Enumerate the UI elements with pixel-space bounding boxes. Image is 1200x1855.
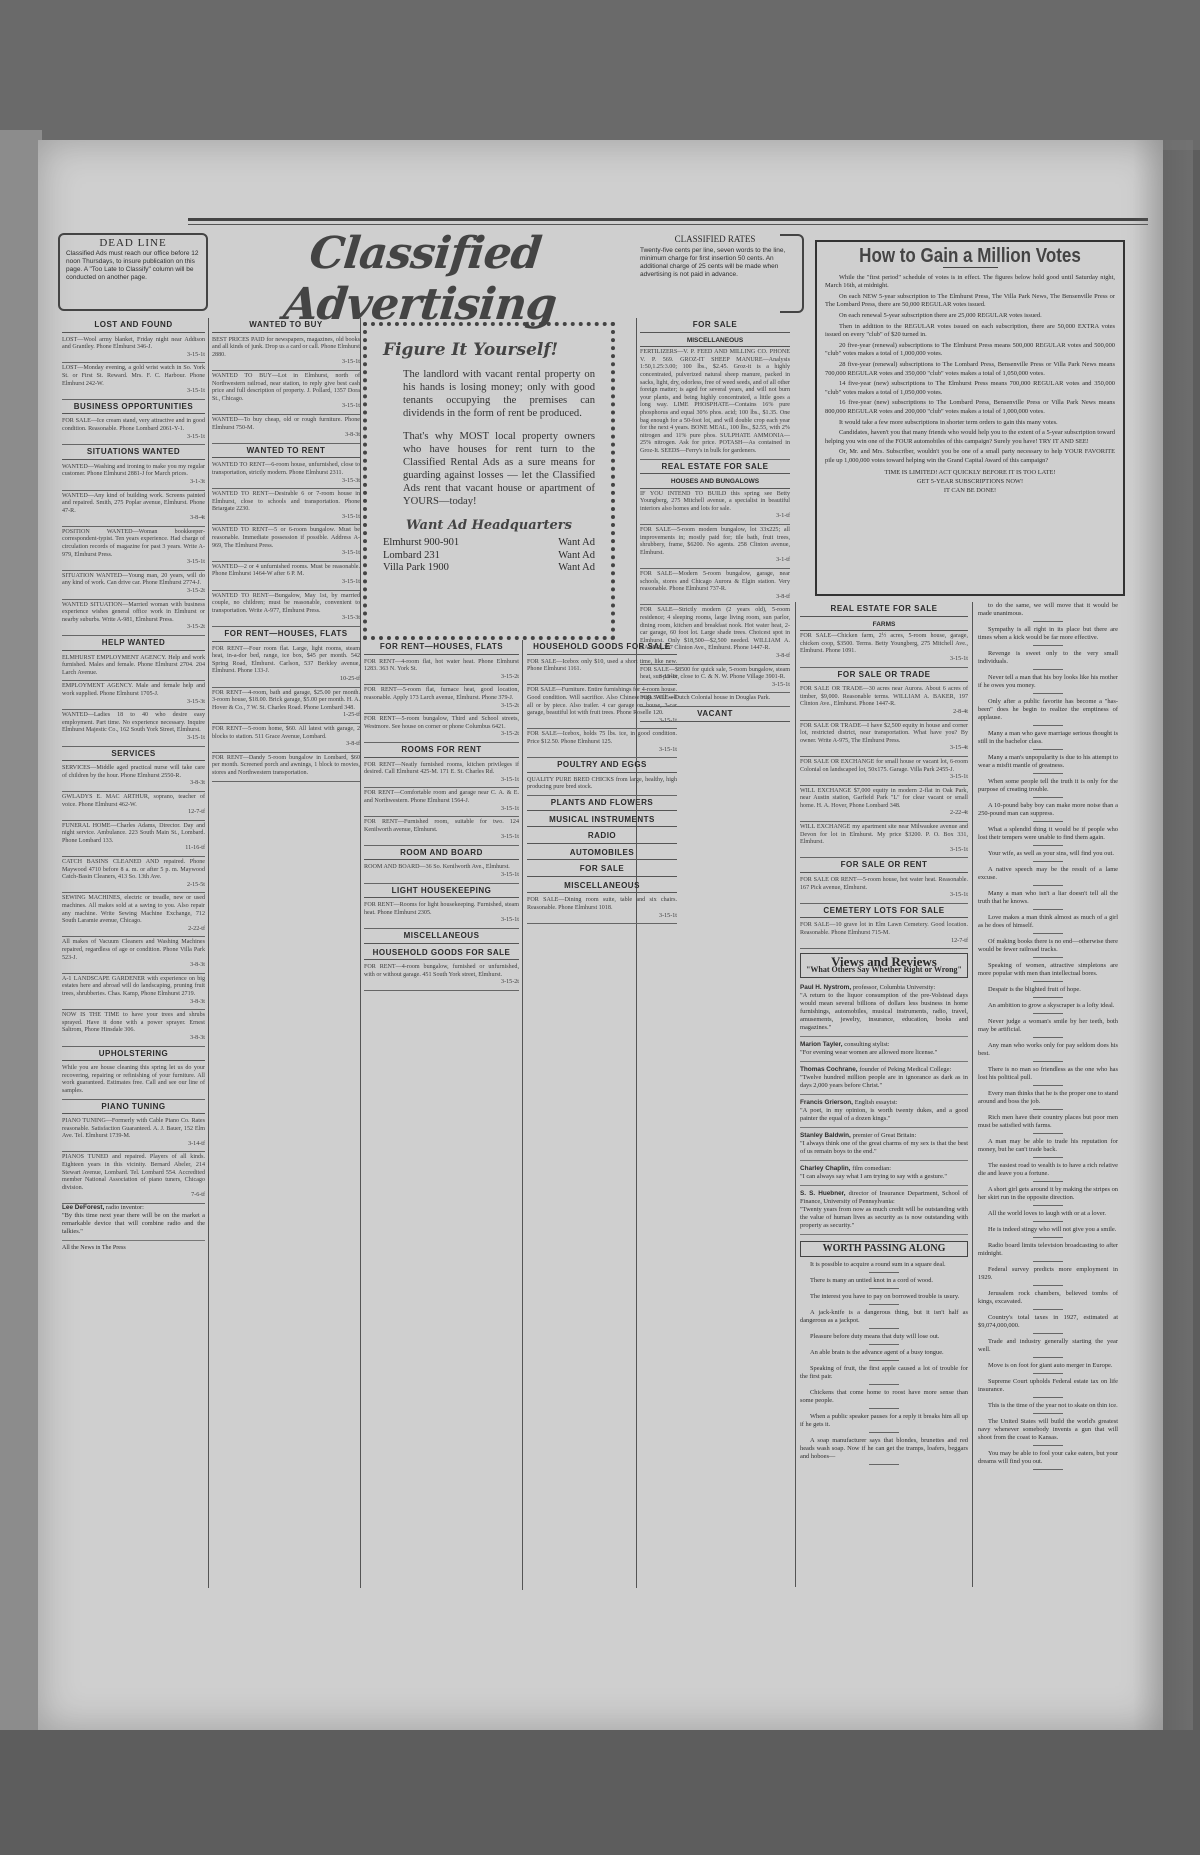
ad-text: FOR SALE—Dutch Colonial house in Douglas… [640,695,770,701]
ad-date-code: 3-8-tf [212,741,360,749]
quote-name: Thomas Cochrane, [800,1066,859,1073]
section-subheading: HOUSES AND BUNGALOWS [640,476,790,489]
classified-ad: FOR RENT—4-room, bath and garage, $25.00… [212,688,360,724]
quote: Paul H. Nystrom, professor, Columbia Uni… [800,984,968,1037]
votes-paragraph: 14 five-year (new) subscriptions to The … [825,380,1115,397]
classified-rates: CLASSIFIED RATES Twenty-five cents per l… [640,235,790,279]
classified-ad: FOR SALE OR TRADE—30 acres near Aurora. … [800,684,968,720]
ad-date-code: 3-15-4t [800,745,968,753]
quote-attribution: Marion Tayler, consulting stylist: [800,1041,968,1049]
quote-attribution: S. S. Huebner, director of Insurance Dep… [800,1190,968,1206]
saying-item: Many a man who isn't a liar doesn't tell… [978,890,1118,910]
deadline-title: DEAD LINE [66,239,200,247]
classified-ad: SERVICES—Middle aged practical nurse wil… [62,763,205,792]
classified-ad: FOR SALE—Strictly modern (2 years old), … [640,605,790,664]
ad-date-code: 3-15-1t [62,735,205,743]
votes-paragraph: Then in addition to the REGULAR votes is… [825,323,1115,340]
ad-text: FOR SALE OR TRADE—30 acres near Aurora. … [800,686,968,707]
votes-paragraph: Or, Mr. and Mrs. Subscriber, wouldn't yo… [825,448,1115,465]
ad-text: POSITION WANTED—Woman bookkeeper-corresp… [62,529,205,558]
saying-item: This is the time of the year not to skat… [978,1402,1118,1414]
footer-slogan: All the News in The Press [62,1245,205,1253]
column-rule [972,602,973,1587]
ad-date-code: 3-15-1t [62,559,205,567]
ad-text: FOR SALE OR TRADE—I have $2,500 equity i… [800,723,968,744]
saying-item: He is indeed stingy who will not give yo… [978,1226,1118,1238]
saying-item: When a public speaker pauses for a reply… [800,1413,968,1433]
ad-date-code: 10-25-tf [212,676,360,684]
rates-title: CLASSIFIED RATES [640,235,790,243]
views-and-reviews-header: Views and Reviews"What Others Say Whethe… [800,953,968,978]
views-subtitle: "What Others Say Whether Right or Wrong" [805,966,963,974]
votes-paragraph: Candidates, haven't you that many friend… [825,429,1115,446]
quote-name: Francis Grierson, [800,1099,855,1106]
saying-item: Despair is the blighted fruit of hope. [978,986,1118,998]
ad-text: FOR SALE—Icebox, holds 75 lbs. ice, in g… [527,731,677,745]
classified-ad: FOR SALE—$8500 for quick sale, 5-room bu… [640,665,790,694]
want-ad-phone-list: Elmhurst 900-901Want AdLombard 231Want A… [383,537,595,575]
ad-text: FOR RENT—5-room bungalow, Third and Scho… [364,716,519,730]
votes-paragraph: While the "first period" schedule of vot… [825,274,1115,291]
phone-place: Villa Park 1900 [383,562,449,575]
figure-it-yourself-ad: Figure It Yourself! The landlord with va… [363,322,615,640]
classified-ad: FOR SALE—10 grave lot in Elm Lawn Cemete… [800,920,968,949]
ad-date-code: 3-15-1t [364,834,519,842]
classified-ad: PIANO TUNING—Formerly with Cable Piano C… [62,1116,205,1152]
ad-text: FOR SALE—10 grave lot in Elm Lawn Cemete… [800,922,968,936]
ad-date-code: 3-15-1t [527,747,677,755]
votes-paragraph: On each NEW 5-year subscription to The E… [825,293,1115,310]
classified-ad: ROOM AND BOARD—36 So. Kenilworth Ave., E… [364,862,519,883]
votes-paragraph: 28 five-year (renewal) subscriptions to … [825,361,1115,378]
column-rule [360,318,361,1588]
figure-ad-paragraph-2: That's why MOST local property owners wh… [403,430,595,508]
ad-text: QUALITY PURE BRED CHICKS from large, hea… [527,777,677,791]
ad-text: WANTED—Washing and ironing to make you m… [62,464,205,478]
saying-item: Speaking of fruit, the first apple cause… [800,1365,968,1385]
quote-role: film comedian: [852,1165,891,1172]
quote: Lee DeForest, radio inventor:"By this ti… [62,1204,205,1241]
ad-date-code: 3-1-tf [640,513,790,521]
ad-text: SERVICES—Middle aged practical nurse wil… [62,765,205,779]
section-subheading: MISCELLANEOUS [640,335,790,348]
ad-text: FOR SALE—$8500 for quick sale, 5-room bu… [640,667,790,681]
saying-item: All the world loves to laugh with or at … [978,1210,1118,1222]
quote-name: Lee DeForest, [62,1204,106,1211]
classified-ad: FOR RENT—4-room flat, hot water heat. Ph… [364,657,519,686]
saying-item: Every man thinks that he is the proper o… [978,1090,1118,1110]
quote-role: consulting stylist: [844,1041,889,1048]
deadline-text: Classified Ads must reach our office bef… [66,250,200,282]
quote: Charley Chaplin, film comedian:"I can al… [800,1165,968,1186]
ad-date-code: 3-15-1t [212,359,360,367]
saying-item: Never judge a woman's smile by her teeth… [978,1018,1118,1038]
saying-item: An ambition to grow a skyscraper is a lo… [978,1002,1118,1014]
ad-text: EMPLOYMENT AGENCY. Male and female help … [62,683,205,697]
ad-date-code: 3-15-1t [800,847,968,855]
classified-ad: WANTED—Washing and ironing to make you m… [62,462,205,491]
section-heading: BUSINESS OPPORTUNITIES [62,400,205,415]
ad-text: WANTED—Ladies 18 to 40 who desire easy e… [62,712,205,733]
saying-item: It is possible to acquire a round sum in… [800,1261,968,1273]
ad-text: FOR RENT—Rooms for light housekeeping. F… [364,902,519,916]
classified-ad: WILL EXCHANGE $7,000 equity in modern 2-… [800,786,968,822]
ad-text: PIANO TUNING—Formerly with Cable Piano C… [62,1118,205,1139]
quote-attribution: Thomas Cochrane, founder of Peking Medic… [800,1066,968,1074]
section-heading: VACANT [640,707,790,722]
section-heading: FOR RENT—HOUSES, FLATS [364,640,519,655]
classified-ad: WANTED TO RENT—5 or 6-room bungalow. Mus… [212,525,360,561]
ad-date-code: 3-8-3t [62,999,205,1007]
ad-text: ELMHURST EMPLOYMENT AGENCY. Help and wor… [62,655,205,676]
saying-item: A soap manufacturer says that blondes, b… [800,1437,968,1465]
ad-text: WANTED TO RENT—5 or 6-room bungalow. Mus… [212,527,360,548]
section-heading: REAL ESTATE FOR SALE [640,460,790,475]
column-rule [208,318,209,1588]
saying-item: Move is on foot for giant auto merger in… [978,1362,1118,1374]
ad-date-code: 11-16-tf [62,845,205,853]
section-heading: PIANO TUNING [62,1100,205,1115]
quote: Marion Tayler, consulting stylist:"For e… [800,1041,968,1062]
saying-item: A native speech may be the result of a l… [978,866,1118,886]
ad-date-code: 3-15-1t [364,917,519,925]
figure-ad-subtitle: Want Ad Headquarters [383,518,595,533]
classified-ad: FOR SALE OR TRADE—I have $2,500 equity i… [800,721,968,757]
ad-text: FOR RENT—Furnished room, suitable for tw… [364,819,519,833]
classified-ad: FOR SALE—Dutch Colonial house in Douglas… [640,693,790,707]
ad-text: WANTED TO RENT—6-room house, unfurnished… [212,462,360,476]
quote: S. S. Huebner, director of Insurance Dep… [800,1190,968,1235]
classified-ad: WANTED TO RENT—Desirable 6 or 7-room hou… [212,489,360,525]
ad-date-code: 3-8-3t [62,780,205,788]
classified-ad: LOST—Monday evening, a gold wrist watch … [62,363,205,399]
column-real-estate-views: REAL ESTATE FOR SALEFARMSFOR SALE—Chicke… [800,602,968,1469]
classified-ad: GWLADYS E. MAC ARTHUR, soprano, teacher … [62,792,205,821]
classified-ad: NOW IS THE TIME to have your trees and s… [62,1010,205,1046]
classified-ad: WILL EXCHANGE my apartment site near Mil… [800,822,968,858]
section-heading: ROOMS FOR RENT [364,743,519,758]
quote-name: S. S. Huebner, [800,1190,849,1197]
ad-date-code: 3-15-3t [212,478,360,486]
ad-date-code: 3-15-2t [364,703,519,711]
saying-item: A man may be able to trade his reputatio… [978,1138,1118,1158]
section-heading: HOUSEHOLD GOODS FOR SALE [364,946,519,961]
saying-item: Chickens that come home to roost have mo… [800,1389,968,1409]
saying-item: The easiest road to wealth is to have a … [978,1162,1118,1182]
section-subheading: FARMS [800,619,968,632]
section-heading: FOR SALE [640,318,790,333]
votes-paragraph: 16 five-year (new) subscriptions to The … [825,399,1115,416]
figure-ad-paragraph-1: The landlord with vacant rental property… [403,368,595,420]
ad-date-code: 2-22-tf [62,926,205,934]
phone-label: Want Ad [558,562,595,575]
section-heading: FOR SALE [527,862,677,877]
classified-ad: FOR RENT—5-room bungalow, Third and Scho… [364,714,519,743]
ad-text: FOR RENT—Neatly furnished rooms, kitchen… [364,762,519,776]
quote: Francis Grierson, English essayist:"A po… [800,1099,968,1128]
classified-ad: WANTED—Ladies 18 to 40 who desire easy e… [62,710,205,746]
ad-text: ROOM AND BOARD—36 So. Kenilworth Ave., E… [364,864,510,870]
quote-text: "By this time next year there will be on… [62,1212,205,1236]
votes-body: While the "first period" schedule of vot… [825,274,1115,466]
ad-date-code: 3-8-4t [62,515,205,523]
classified-ad: WANTED—To buy cheap, old or rough furnit… [212,415,360,444]
ad-date-code: 12-7-tf [800,938,968,946]
votes-paragraph: It would take a few more subscriptions i… [825,419,1115,428]
ad-text: BEST PRICES PAID for newspapers, magazin… [212,337,360,358]
classified-ad: POSITION WANTED—Woman bookkeeper-corresp… [62,527,205,571]
want-ad-phone-row: Elmhurst 900-901Want Ad [383,537,595,550]
deadline-box: DEAD LINE Classified Ads must reach our … [58,233,208,311]
ad-date-code: 3-15-1t [800,656,968,664]
ad-text: FERTILIZERS—V. P. FEED AND MILLING CO. P… [640,349,790,454]
ad-date-code: 3-15-1t [364,872,519,880]
classified-ad: FOR RENT—Furnished room, suitable for tw… [364,817,519,846]
saying-item: Country's total taxes in 1927, estimated… [978,1314,1118,1334]
saying-item: The United States will build the world's… [978,1418,1118,1446]
worth-passing-along-title: WORTH PASSING ALONG [800,1241,968,1257]
ad-date-code: 1-25-tf [212,712,360,720]
section-heading: MISCELLANEOUS [527,879,677,894]
ad-text: FOR RENT—5-room flat, furnace heat, good… [364,687,519,701]
quote-role: radio inventor: [106,1204,144,1211]
ad-date-code: 3-15-1t [364,806,519,814]
ad-text: FOR SALE—Ice cream stand, very attractiv… [62,418,205,432]
ad-text: FOR RENT—4-room, bath and garage, $25.00… [212,690,360,711]
ad-date-code: 3-1-3t [62,479,205,487]
ad-text: FOR SALE OR RENT—5-room house, hot water… [800,877,968,891]
saying-item: Many a man's unpopularity is due to his … [978,754,1118,774]
quote: Thomas Cochrane, founder of Peking Medic… [800,1066,968,1095]
section-heading: LOST AND FOUND [62,318,205,333]
quote-name: Stanley Baldwin, [800,1132,853,1139]
quote-name: Charley Chaplin, [800,1165,852,1172]
ad-text: WANTED TO RENT—Bungalow, May 1st, by mar… [212,593,360,614]
section-heading: FOR SALE OR RENT [800,858,968,873]
column-rule [636,318,637,1588]
ad-text: FOR SALE—Modern 5-room bungalow, garage,… [640,571,790,592]
column-rule [795,602,796,1587]
ad-text: FOR SALE—Dining room suite, table and si… [527,897,677,911]
quote-attribution: Charley Chaplin, film comedian: [800,1165,968,1173]
saying-item: Radio board limits television broadcasti… [978,1242,1118,1262]
adjacent-page-edge [0,130,42,1730]
section-heading: FOR SALE OR TRADE [800,668,968,683]
quote-attribution: Francis Grierson, English essayist: [800,1099,968,1107]
classified-ad: WANTED TO RENT—Bungalow, May 1st, by mar… [212,591,360,627]
votes-article: How to Gain a Million Votes While the "f… [815,240,1125,596]
ad-date-code: 3-15-1t [62,388,205,396]
column-for-sale-misc: FOR SALEMISCELLANEOUSFERTILIZERS—V. P. F… [640,318,790,724]
classified-ad: PIANOS TUNED and repaired. Players of al… [62,1152,205,1204]
ad-text: LOST—Monday evening, a gold wrist watch … [62,365,205,386]
quote-role: professor, Columbia University: [853,984,935,991]
ad-date-code: 3-8-tf [640,594,790,602]
saying-item: Trade and industry generally starting th… [978,1338,1118,1358]
masthead-title: Classified Advertising [205,228,641,330]
section-heading: MISCELLANEOUS [364,929,519,944]
ad-date-code: 3-15-1t [640,682,790,690]
classified-ad: FOR SALE—Ice cream stand, very attractiv… [62,416,205,445]
section-heading: MUSICAL INSTRUMENTS [527,813,677,828]
quote-attribution: Lee DeForest, radio inventor: [62,1204,205,1212]
classified-ad: WANTED SITUATION—Married woman with busi… [62,600,205,636]
votes-closing: TIME IS LIMITED! ACT QUICKLY BEFORE IT I… [825,469,1115,495]
saying-item: A jack-knife is a dangerous thing, but i… [800,1309,968,1329]
ad-date-code: 3-15-1t [62,352,205,360]
column-sayings: to do the same, we will move that it wou… [978,602,1118,1474]
quote-name: Paul H. Nystrom, [800,984,853,991]
ad-date-code: 3-15-1t [527,913,677,921]
saying-item: Love makes a man think almost as much of… [978,914,1118,934]
saying-item: The interest you have to pay on borrowed… [800,1293,968,1305]
classified-ad: BEST PRICES PAID for newspapers, magazin… [212,335,360,371]
saying-item: A 10-pound baby boy can make more noise … [978,802,1118,822]
saying-item: An able brain is the advance agent of a … [800,1349,968,1361]
ad-text: WANTED TO BUY—Lot in Elmhurst, north of … [212,373,360,402]
section-heading: SITUATIONS WANTED [62,445,205,460]
ad-text: WANTED—2 or 4 unfurnished rooms. Must be… [212,564,360,578]
saying-item: There is no man so friendless as the one… [978,1066,1118,1086]
ad-date-code: 3-1-tf [640,557,790,565]
ad-text: WILL EXCHANGE $7,000 equity in modern 2-… [800,788,968,809]
classified-ad: SEWING MACHINES, electric or treadle, ne… [62,893,205,937]
classified-ad: FOR SALE—Icebox, holds 75 lbs. ice, in g… [527,729,677,758]
saying-item: Rich men have their country places but p… [978,1114,1118,1134]
saying-item: There is many an untied knot in a cord o… [800,1277,968,1289]
want-ad-phone-row: Lombard 231Want Ad [383,550,595,563]
ad-text: NOW IS THE TIME to have your trees and s… [62,1012,205,1033]
rates-bracket [780,234,804,313]
ad-date-code: 3-15-1t [364,777,519,785]
ad-date-code: 3-15-2t [364,979,519,987]
phone-place: Elmhurst 900-901 [383,537,459,550]
ad-date-code: 2-22-4t [800,810,968,818]
quote-text: "I can always say what I am trying to sa… [800,1173,968,1181]
votes-paragraph: 20 five-year (renewal) subscriptions to … [825,342,1115,359]
phone-label: Want Ad [558,550,595,563]
ad-date-code: 3-15-1t [212,579,360,587]
saying-item: Speaking of women, attractive simpletons… [978,962,1118,982]
section-heading: RADIO [527,829,677,844]
classified-ad: FOR RENT—Comfortable room and garage nea… [364,788,519,817]
classified-ad: WANTED—2 or 4 unfurnished rooms. Must be… [212,562,360,591]
saying-item: Jerusalem rock chambers, believed tombs … [978,1290,1118,1310]
quote-name: Marion Tayler, [800,1041,844,1048]
quote-role: English essayist: [855,1099,898,1106]
ad-text: FOR SALE—5-room modern bungalow, lot 33x… [640,527,790,556]
section-heading: PLANTS AND FLOWERS [527,796,677,811]
saying-item: Of making books there is no end—otherwis… [978,938,1118,958]
section-heading: FOR RENT—HOUSES, FLATS [212,627,360,642]
scan-background [0,0,1200,150]
quote-text: "A return to the liquor consumption of t… [800,992,968,1032]
ad-date-code: 3-15-3t [62,699,205,707]
saying-item: What a splendid thing it would be if peo… [978,826,1118,846]
section-heading: SERVICES [62,747,205,762]
saying-item: Never tell a man that his boy looks like… [978,674,1118,694]
quote-text: "I always think one of the great charms … [800,1140,968,1156]
section-heading: HELP WANTED [62,636,205,651]
ad-text: While you are house cleaning this spring… [62,1065,205,1094]
ad-date-code: 7-6-tf [62,1192,205,1200]
ad-date-code: 3-8-3t [212,432,360,440]
ad-date-code: 3-15-1t [800,892,968,900]
ad-date-code: 3-15-2t [62,588,205,596]
classified-ad: FOR SALE—5-room modern bungalow, lot 33x… [640,525,790,569]
column-lost-found-services: LOST AND FOUNDLOST—Wool army blanket, Fr… [62,318,205,1253]
ad-date-code: 3-15-2t [62,624,205,632]
votes-paragraph: On each renewal 5-year subscription ther… [825,312,1115,321]
classified-ad: WANTED TO RENT—6-room house, unfurnished… [212,460,360,489]
ad-date-code: 12-7-tf [62,809,205,817]
ad-date-code: 2-15-5t [62,882,205,890]
column-wanted: WANTED TO BUYBEST PRICES PAID for newspa… [212,318,360,782]
classified-ad: FUNERAL HOME—Charles Adams, Director. Da… [62,821,205,857]
classified-ad: FOR RENT—Four room flat. Large, light ro… [212,644,360,688]
votes-title: How to Gain a Million Votes [847,252,1094,261]
saying-item: Many a man who gave marriage serious tho… [978,730,1118,750]
ad-text: SEWING MACHINES, electric or treadle, ne… [62,895,205,924]
classified-ad: FOR SALE—Chicken farm, 2½ acres, 5-room … [800,631,968,667]
ad-date-code: 3-14-tf [62,1141,205,1149]
ad-text: A-1 LANDSCAPE GARDENER with experience o… [62,976,205,997]
saying-item: Your wife, as well as your sins, will fi… [978,850,1118,862]
ad-text: SITUATION WANTED—Young man, 20 years, wi… [62,573,205,587]
classified-ad: A-1 LANDSCAPE GARDENER with experience o… [62,974,205,1010]
ad-text: FOR RENT—4-room bungalow, furnished or u… [364,964,519,978]
quote: Stanley Baldwin, premier of Great Britai… [800,1132,968,1161]
ad-date-code: 3-15-1t [212,403,360,411]
classified-ad: QUALITY PURE BRED CHICKS from large, hea… [527,775,677,796]
top-rule [188,218,1148,221]
classified-ad: FOR SALE OR EXCHANGE for small house or … [800,757,968,786]
section-heading: LIGHT HOUSEKEEPING [364,884,519,899]
section-heading: ROOM AND BOARD [364,846,519,861]
ad-text: All makes of Vacuum Cleaners and Washing… [62,939,205,960]
figure-ad-title: Figure It Yourself! [383,340,595,360]
quote-attribution: Stanley Baldwin, premier of Great Britai… [800,1132,968,1140]
ad-text: FOR RENT—Dandy 5-room bungalow in Lombar… [212,755,360,776]
column-rule [522,640,523,1590]
saying-item: to do the same, we will move that it wou… [978,602,1118,622]
classified-ad: FOR SALE—Modern 5-room bungalow, garage,… [640,569,790,605]
ad-text: FOR SALE—Strictly modern (2 years old), … [640,607,790,651]
top-rule-thin [188,224,1148,225]
ad-text: FOR SALE—Chicken farm, 2½ acres, 5-room … [800,633,968,654]
saying-item: Sympathy is all right in its place but t… [978,626,1118,646]
ad-date-code: 3-15-1t [212,514,360,522]
ad-text: WANTED—Any kind of building work. Screen… [62,493,205,514]
classified-ad: FOR RENT—Neatly furnished rooms, kitchen… [364,760,519,789]
ad-text: FUNERAL HOME—Charles Adams, Director. Da… [62,823,205,844]
quote-text: "Twelve hundred million people are in ig… [800,1074,968,1090]
ad-date-code: 3-15-1t [800,774,968,782]
classified-ad: While you are house cleaning this spring… [62,1063,205,1099]
phone-place: Lombard 231 [383,550,440,563]
saying-item: Pleasure before duty means that duty wil… [800,1333,968,1345]
section-heading: WANTED TO BUY [212,318,360,333]
ad-text: FOR RENT—Four room flat. Large, light ro… [212,646,360,675]
ad-date-code: 3-8-3t [62,962,205,970]
classified-ad: LOST—Wool army blanket, Friday night nea… [62,335,205,364]
ad-date-code: 3-15-1t [212,550,360,558]
want-ad-phone-row: Villa Park 1900Want Ad [383,562,595,575]
quote-text: "A poet, in my opinion, is worth twenty … [800,1107,968,1123]
section-heading: AUTOMOBILES [527,846,677,861]
classified-ad: FOR RENT—5-room home, $60. All latest wi… [212,724,360,753]
quote-text: "Twenty years from now as much credit wi… [800,1206,968,1230]
